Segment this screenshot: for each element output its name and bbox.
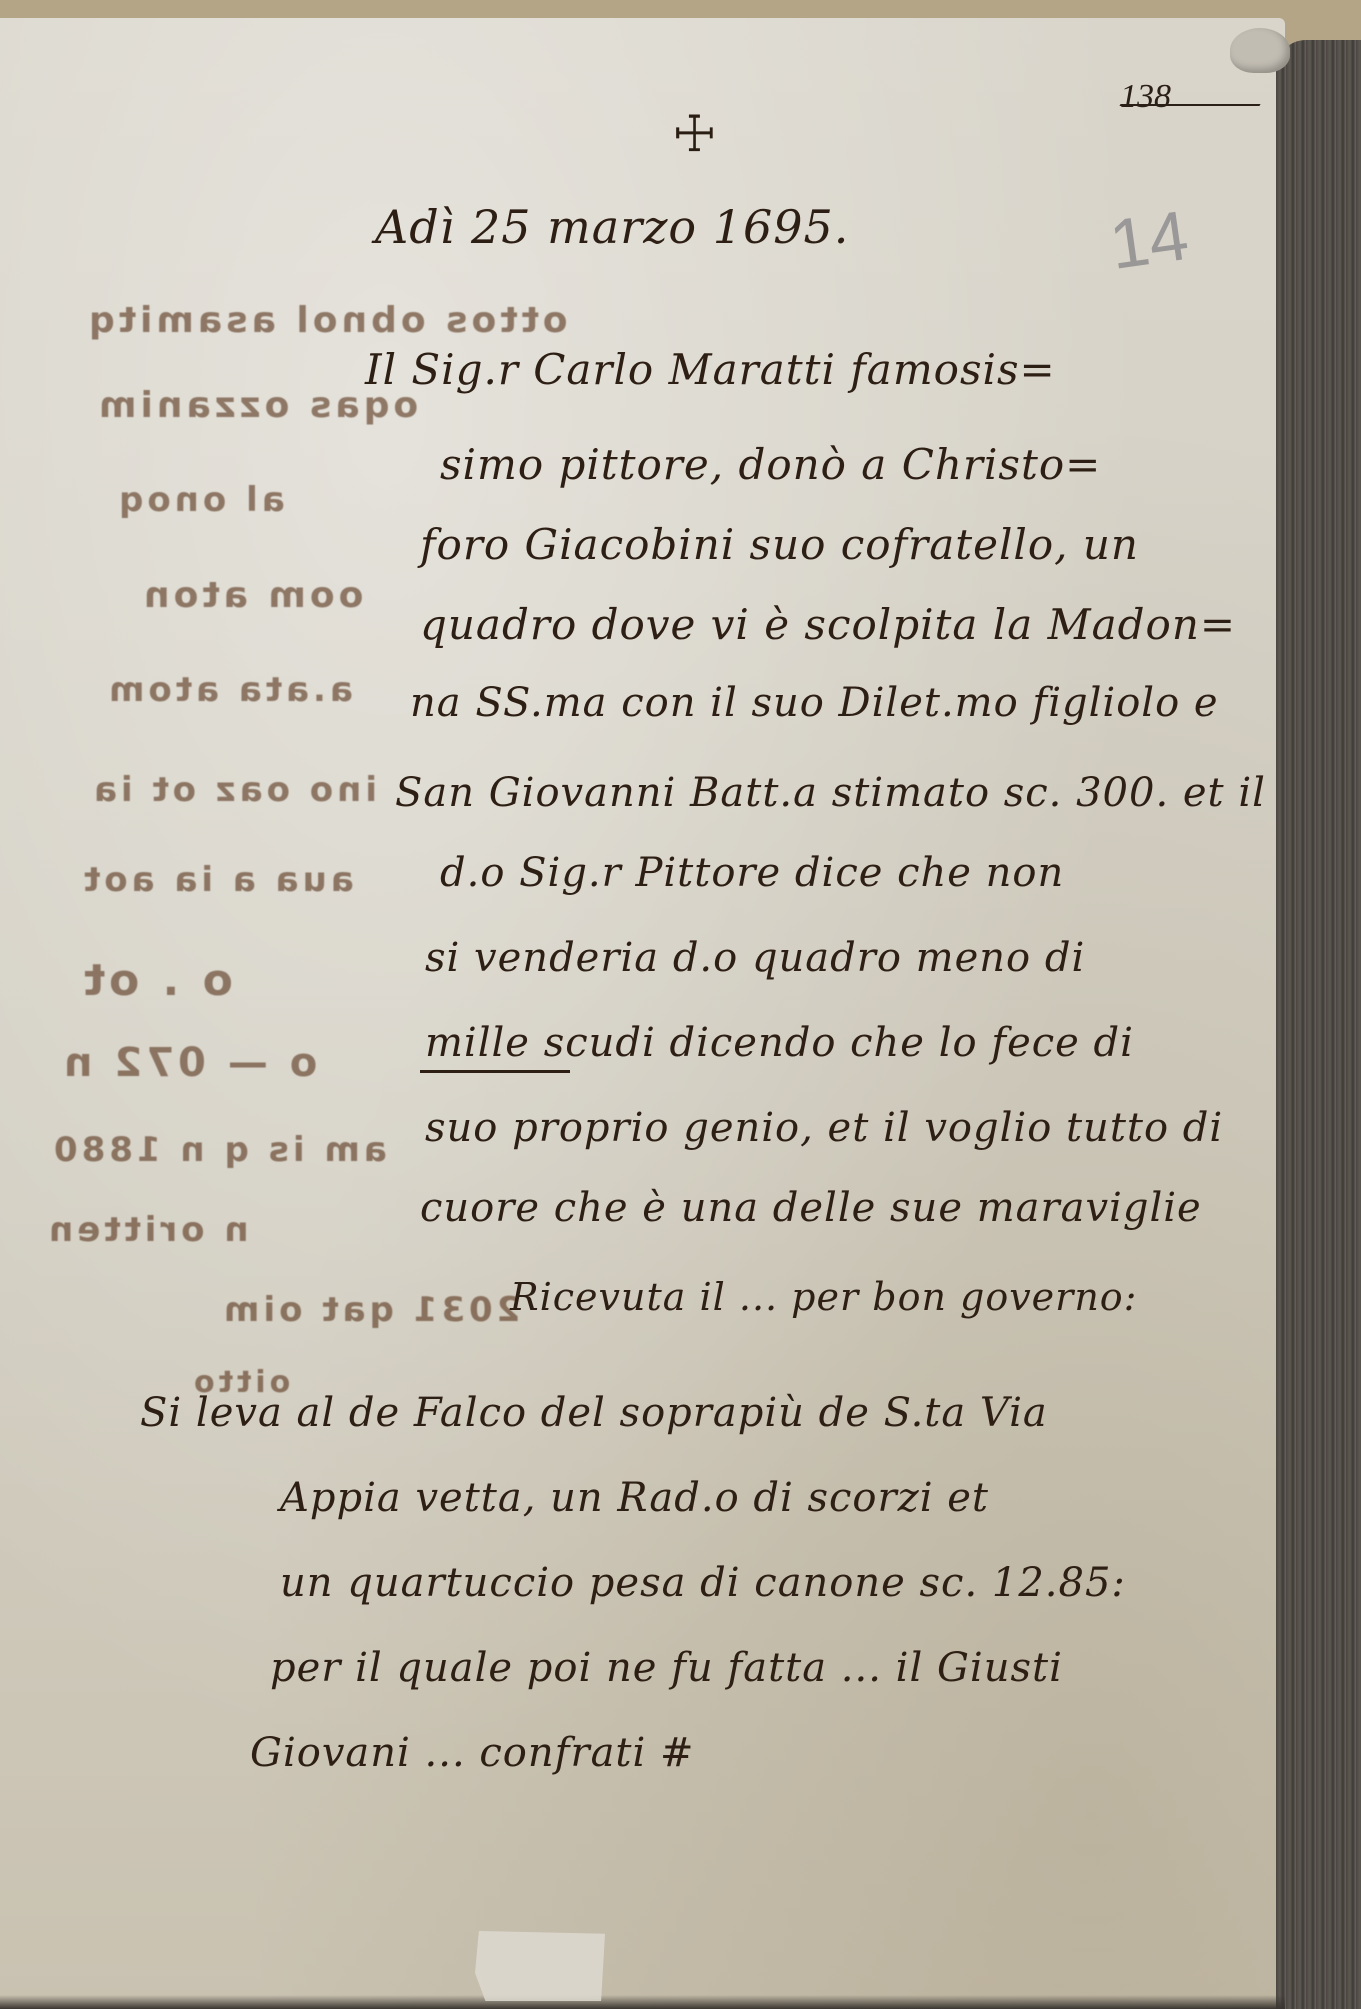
bleed-through-line: o — 072 n [60, 1040, 317, 1086]
bleed-through-line: ino oaz ot ia [90, 770, 377, 810]
bleed-through-line: aua a ia aot [80, 860, 354, 900]
text-line: Il Sig.r Carlo Maratti famosis= [365, 345, 1056, 394]
text-line: cuore che è una delle sue maraviglie [420, 1185, 1202, 1231]
text-line: na SS.ma con il suo Dilet.mo figliolo e [410, 680, 1219, 726]
bleed-through-line: am is q n 1880 [50, 1130, 387, 1170]
bleed-through-line: n oritten [45, 1210, 249, 1250]
bleed-through-line: oom aton [140, 575, 363, 616]
bleed-through-line: 2031 qat oim [220, 1290, 520, 1330]
book-edge [1276, 40, 1361, 2009]
text-line: Appia vetta, un Rad.o di scorzi et [280, 1475, 989, 1521]
paper-repair-patch [475, 1931, 605, 2001]
folio-underline [1119, 104, 1260, 106]
text-line: Giovani ... confrati # [250, 1730, 695, 1776]
invocation-cross-icon: ☩ [672, 105, 717, 163]
text-line: San Giovanni Batt.a stimato sc. 300. et … [395, 770, 1266, 816]
text-line: per il quale poi ne fu fatta ... il Gius… [270, 1645, 1063, 1691]
text-line: si venderia d.o quadro meno di [425, 935, 1085, 981]
bleed-through-line: al onoq [115, 480, 285, 520]
folio-number: 138 [1120, 78, 1171, 116]
text-line: d.o Sig.r Pittore dice che non [440, 850, 1064, 896]
bleed-through-line: ottos obnol asamitq [85, 300, 567, 341]
text-line: Ricevuta il ... per bon governo: [510, 1275, 1137, 1319]
bleed-through-line: o . ot [80, 955, 233, 1006]
page-fold [1230, 28, 1290, 73]
date-heading: Adì 25 marzo 1695. [375, 200, 849, 254]
text-line: mille scudi dicendo che lo fece di [425, 1020, 1134, 1066]
text-line: quadro dove vi è scolpita la Madon= [420, 600, 1236, 649]
text-line: simo pittore, donò a Christo= [440, 440, 1101, 489]
strikethrough [420, 1070, 570, 1073]
text-line: foro Giacobini suo cofratello, un [420, 520, 1139, 569]
bleed-through-line: a.ata atom [105, 670, 353, 710]
text-line: un quartuccio pesa di canone sc. 12.85: [280, 1560, 1126, 1606]
text-line: Si leva al de Falco del soprapiù de S.ta… [140, 1390, 1048, 1436]
pencil-mark: 14 [1105, 195, 1193, 285]
text-line: suo proprio genio, et il voglio tutto di [425, 1105, 1223, 1151]
bottom-edge-shadow [0, 1995, 1285, 2009]
